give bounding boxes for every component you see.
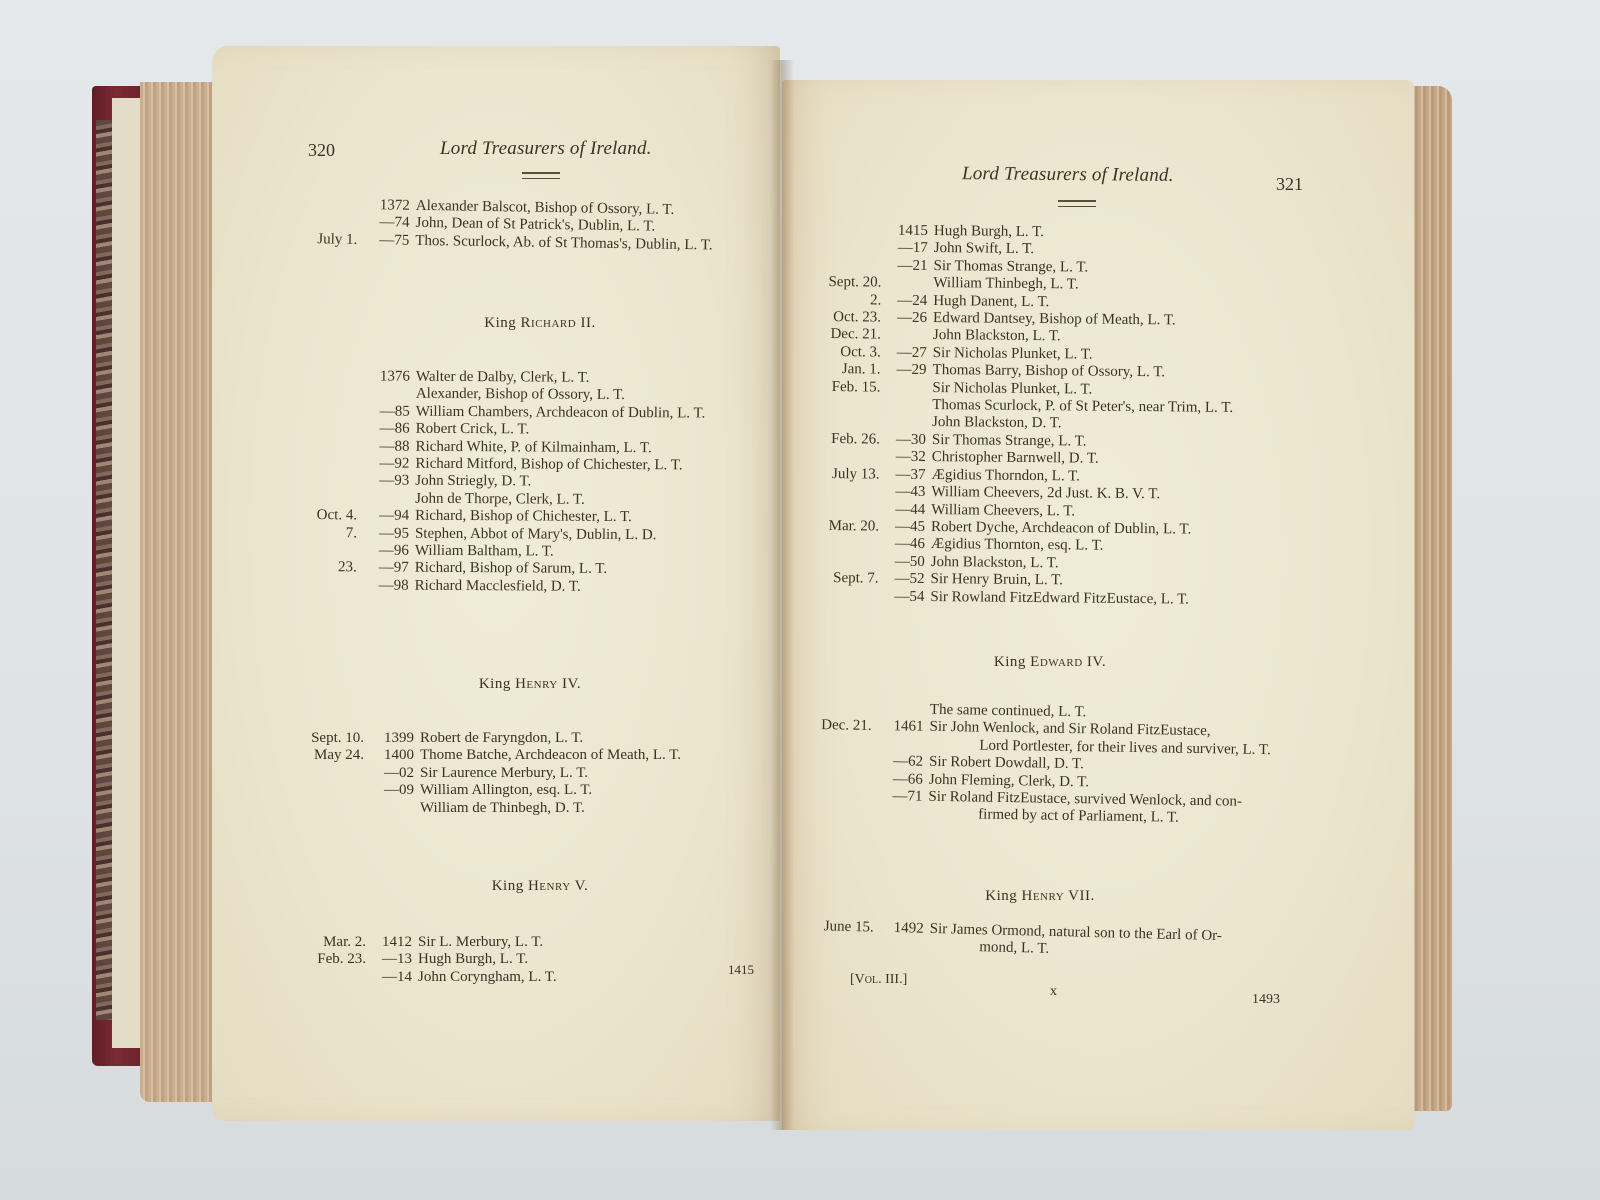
henry-v-entries: Mar. 2.1412Sir L. Merbury, L. T.Feb. 23.… <box>302 934 557 986</box>
entry-date: July 13. <box>823 466 879 484</box>
entry-date <box>809 935 873 954</box>
entry-date <box>297 577 357 595</box>
entry-date: Feb. 15. <box>824 379 880 397</box>
entry-date <box>824 413 880 431</box>
entry-year <box>881 327 933 345</box>
entry-year: —27 <box>881 344 933 362</box>
entry-date <box>825 257 881 275</box>
entry-year <box>881 275 933 293</box>
entry-year: 1400 <box>364 747 420 764</box>
signature-mark: x <box>1050 984 1057 1000</box>
section-heading-henry-iv: King Henry IV. <box>430 676 630 693</box>
entry-text: Alexander, Bishop of Ossory, L. T. <box>416 386 625 405</box>
entry-year: —94 <box>357 508 415 526</box>
entry-year: 1415 <box>882 223 934 241</box>
entry-year: —17 <box>882 240 934 258</box>
entry-text: Ægidius Thornton, esq. L. T. <box>931 536 1104 555</box>
book-gutter <box>770 60 794 1130</box>
entry-year: —29 <box>880 362 932 380</box>
edward-iv-entries: The same continued, L. T.Dec. 21.1461Sir… <box>814 700 1271 829</box>
section-heading-henry-v: King Henry V. <box>440 878 640 895</box>
entry-date <box>822 588 878 606</box>
entry-year <box>358 386 416 404</box>
section-heading-edward-iv: King Edward IV. <box>940 654 1160 671</box>
left-opening-entries: 1372Alexander Balscot, Bishop of Ossory,… <box>299 196 713 255</box>
entry-date <box>300 196 358 214</box>
entry-year: —92 <box>357 455 415 473</box>
entry-year: —32 <box>880 449 932 467</box>
entry-text: Robert Crick, L. T. <box>416 421 530 439</box>
entry-date: Dec. 21. <box>825 326 881 344</box>
entry-year: —74 <box>357 214 415 232</box>
entry-year: —62 <box>871 753 929 771</box>
entry-year <box>872 701 930 719</box>
entry-year: —50 <box>879 553 931 571</box>
entry-date: Oct. 23. <box>825 309 881 327</box>
entry-year <box>357 490 415 508</box>
entry-year: —46 <box>879 536 931 554</box>
entry-year: 1372 <box>358 197 416 215</box>
entry-year: —96 <box>357 542 415 560</box>
entry-text: Sir L. Merbury, L. T. <box>418 934 543 951</box>
entry-row: Mar. 2.1412Sir L. Merbury, L. T. <box>302 934 557 951</box>
entry-year: —45 <box>879 518 931 536</box>
entry-year <box>880 397 932 415</box>
entry-row: —09William Allington, esq. L. T. <box>300 782 681 799</box>
entry-text: Robert de Faryngdon, L. T. <box>420 730 583 747</box>
entry-date <box>823 500 879 518</box>
volume-signature: [Vol. III.] <box>850 972 907 988</box>
entry-text: William Chambers, Archdeacon of Dublin, … <box>416 404 706 423</box>
entry-text: Sir Thomas Strange, L. T. <box>933 258 1088 277</box>
entry-date <box>814 787 870 805</box>
entry-date <box>300 782 364 799</box>
entry-year: —75 <box>357 232 415 250</box>
entry-date <box>826 222 882 240</box>
entry-text: William Baltham, L. T. <box>415 543 554 561</box>
entry-date <box>823 553 879 571</box>
entry-text: Sir Nicholas Plunket, L. T. <box>933 345 1093 364</box>
section-heading-henry-vii: King Henry VII. <box>930 888 1150 905</box>
entry-date <box>823 483 879 501</box>
entry-date: June 15. <box>810 918 874 937</box>
entry-date: Mar. 20. <box>823 518 879 536</box>
entry-date <box>815 735 871 753</box>
entry-text: William Cheevers, 2d Just. K. B. V. T. <box>931 484 1160 504</box>
entry-year <box>871 736 929 754</box>
entry-text: Walter de Dalby, Clerk, L. T. <box>416 369 590 387</box>
entry-text: mond, L. T. <box>929 938 1049 958</box>
entry-date <box>298 403 358 421</box>
right-head-rule <box>1058 200 1096 207</box>
entry-year: —30 <box>880 431 932 449</box>
entry-row: —98Richard Macclesfield, D. T. <box>297 577 705 597</box>
entry-date: 23. <box>297 559 357 577</box>
entry-text: Sir Nicholas Plunket, L. T. <box>932 380 1092 399</box>
entry-text: Thome Batche, Archdeacon of Meath, L. T. <box>420 747 681 764</box>
entry-date <box>824 396 880 414</box>
entry-text: Hugh Burgh, L. T. <box>934 223 1044 241</box>
entry-date: Feb. 23. <box>302 951 366 968</box>
left-running-head: Lord Treasurers of Ireland. <box>440 138 652 160</box>
entry-date <box>297 490 357 508</box>
entry-date: May 24. <box>300 747 364 764</box>
entry-text: John Blackston, L. T. <box>933 327 1061 346</box>
entry-text: Richard Macclesfield, D. T. <box>415 578 581 596</box>
entry-year: —93 <box>357 473 415 491</box>
page-edges-right <box>1410 86 1452 1111</box>
entry-text: William Thinbegh, L. T. <box>933 275 1078 294</box>
entry-year: —54 <box>878 588 930 606</box>
entry-date <box>300 765 364 782</box>
entry-year: —95 <box>357 525 415 543</box>
entry-date <box>297 438 357 456</box>
entry-row: Feb. 23.—13Hugh Burgh, L. T. <box>302 951 557 968</box>
entry-text: Stephen, Abbot of Mary's, Dublin, L. D. <box>415 525 657 544</box>
entry-text: John Striegly, D. T. <box>415 473 531 491</box>
entry-date <box>299 213 357 231</box>
entry-year: —71 <box>870 788 928 806</box>
entry-date <box>823 535 879 553</box>
right-page-number: 321 <box>1276 174 1303 195</box>
entry-text: Thomas Barry, Bishop of Ossory, L. T. <box>932 362 1165 382</box>
richard-ii-entries: 1376Walter de Dalby, Clerk, L. T.Alexand… <box>297 368 706 597</box>
entry-year: —66 <box>871 770 929 788</box>
entry-text: John Blackston, L. T. <box>931 554 1059 573</box>
entry-row: —14John Coryngham, L. T. <box>302 969 557 986</box>
left-page-number: 320 <box>308 140 335 161</box>
entry-date <box>297 542 357 560</box>
entry-year: —97 <box>357 560 415 578</box>
entry-date <box>300 800 364 817</box>
left-catchword: 1415 <box>728 962 754 978</box>
entry-year: —24 <box>881 292 933 310</box>
entry-text: Sir Laurence Merbury, L. T. <box>420 765 588 782</box>
entry-text: John Blackston, D. T. <box>932 414 1062 433</box>
entry-date: 2. <box>825 292 881 310</box>
entry-date: Sept. 10. <box>300 730 364 747</box>
entry-date <box>298 420 358 438</box>
right-running-head: Lord Treasurers of Ireland. <box>962 163 1174 187</box>
entry-text: Sir Thomas Strange, L. T. <box>932 432 1087 451</box>
entry-year: —13 <box>366 951 418 968</box>
entry-row: Sept. 10.1399Robert de Faryngdon, L. T. <box>300 730 681 747</box>
entry-date <box>824 448 880 466</box>
left-head-rule <box>522 172 560 179</box>
entry-year: —02 <box>364 765 420 782</box>
entry-text: William Allington, esq. L. T. <box>420 782 592 799</box>
entry-year: —52 <box>878 571 930 589</box>
entry-row: May 24.1400Thome Batche, Archdeacon of M… <box>300 747 681 764</box>
entry-year: 1412 <box>366 934 418 951</box>
entry-date <box>815 752 871 770</box>
entry-date <box>298 368 358 386</box>
open-book: 320 Lord Treasurers of Ireland. 1372Alex… <box>0 0 1600 1200</box>
entry-date: Jan. 1. <box>824 361 880 379</box>
entry-year: —37 <box>879 466 931 484</box>
entry-year: —14 <box>366 969 418 986</box>
entry-text: Richard White, P. of Kilmainham, L. T. <box>415 438 651 457</box>
entry-year: —21 <box>881 257 933 275</box>
entry-text: Richard Mitford, Bishop of Chichester, L… <box>415 456 682 475</box>
entry-text: Christopher Barnwell, D. T. <box>932 449 1099 468</box>
entry-date: Feb. 26. <box>824 431 880 449</box>
entry-date <box>297 455 357 473</box>
entry-year: —88 <box>357 438 415 456</box>
entry-date: Sept. 7. <box>822 570 878 588</box>
entry-text: John de Thorpe, Clerk, L. T. <box>415 491 585 509</box>
entry-year: —26 <box>881 310 933 328</box>
entry-year <box>880 414 932 432</box>
entry-text: William de Thinbegh, D. T. <box>420 800 585 817</box>
entry-date <box>814 804 870 822</box>
entry-year: 1492 <box>874 920 930 939</box>
entry-year <box>870 805 928 823</box>
entry-date: 7. <box>297 525 357 543</box>
entry-date <box>815 770 871 788</box>
entry-year: —44 <box>879 501 931 519</box>
entry-date: Dec. 21. <box>815 717 871 735</box>
entry-text: Sir Henry Bruin, L. T. <box>930 571 1063 590</box>
entry-date <box>297 472 357 490</box>
entry-date: Oct. 3. <box>825 344 881 362</box>
page-edges-left <box>140 82 212 1102</box>
entry-text: Hugh Danent, L. T. <box>933 293 1049 312</box>
entry-date: July 1. <box>299 231 357 249</box>
entry-year: —98 <box>357 577 415 595</box>
entry-year <box>880 379 932 397</box>
entry-year <box>873 937 929 956</box>
entry-date <box>826 239 882 257</box>
entry-date: Sept. 20. <box>825 274 881 292</box>
right-opening-entries: 1415Hugh Burgh, L. T.—17John Swift, L. T… <box>822 222 1235 609</box>
entry-text: Ægidius Thorndon, L. T. <box>931 467 1080 486</box>
entry-text: Sir Rowland FitzEdward FitzEustace, L. T… <box>930 589 1189 609</box>
entry-date <box>302 969 366 986</box>
entry-year: 1461 <box>871 718 929 736</box>
cover-inner-paper <box>112 98 140 1048</box>
entry-text: John Coryngham, L. T. <box>418 969 557 986</box>
entry-text: Richard, Bishop of Sarum, L. T. <box>415 560 607 579</box>
entry-year: —43 <box>879 484 931 502</box>
entry-date: Mar. 2. <box>302 934 366 951</box>
entry-date <box>298 385 358 403</box>
entry-year: —85 <box>358 403 416 421</box>
section-heading-richard-ii: King Richard II. <box>440 315 640 332</box>
entry-year: —86 <box>358 421 416 439</box>
entry-text: Richard, Bishop of Chichester, L. T. <box>415 508 632 527</box>
entry-date: Oct. 4. <box>297 507 357 525</box>
entry-year: 1376 <box>358 368 416 386</box>
entry-year: 1399 <box>364 730 420 747</box>
entry-text: Hugh Burgh, L. T. <box>418 951 528 968</box>
entry-text: John Swift, L. T. <box>934 240 1034 258</box>
right-catchword: 1493 <box>1252 992 1280 1008</box>
entry-row: William de Thinbegh, D. T. <box>300 800 681 817</box>
entry-year <box>364 800 420 817</box>
entry-row: —02Sir Laurence Merbury, L. T. <box>300 765 681 782</box>
entry-year: —09 <box>364 782 420 799</box>
henry-iv-entries: Sept. 10.1399Robert de Faryngdon, L. T.M… <box>300 730 681 817</box>
entry-date <box>816 700 872 718</box>
entry-text: William Cheevers, L. T. <box>931 502 1075 521</box>
